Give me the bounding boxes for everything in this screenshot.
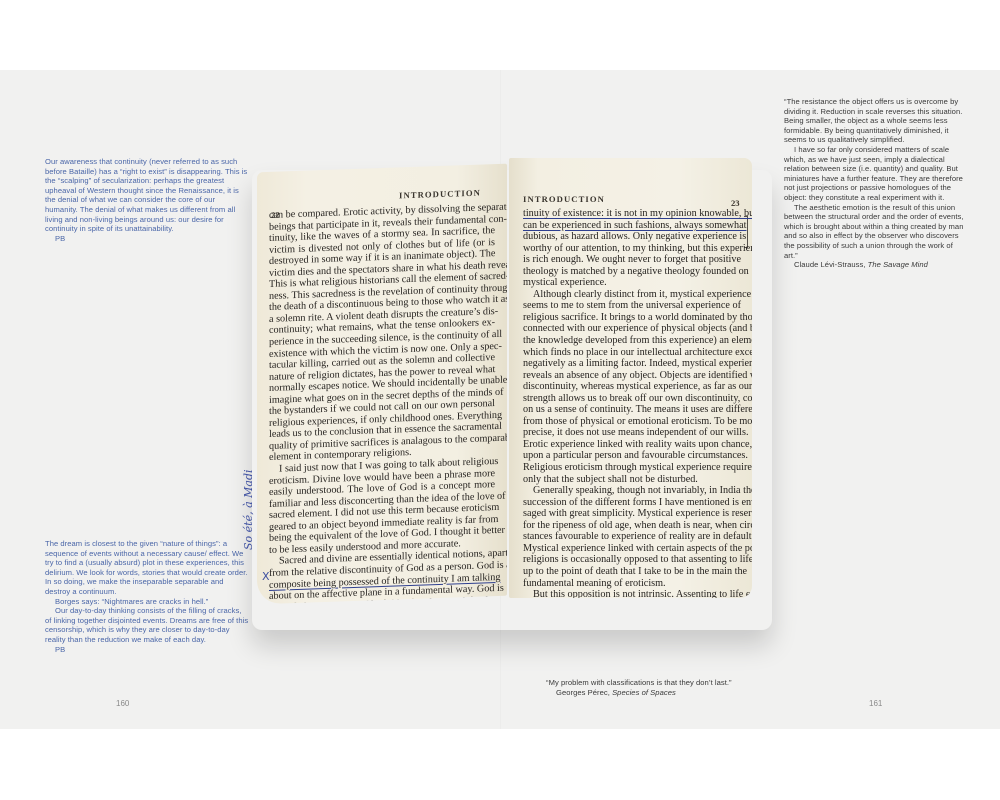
left-note-dream: The dream is closest to the given “natur… [45,539,250,654]
page-number-right: 161 [869,699,882,708]
text-line: seems to me to stem from the universal e… [523,300,741,312]
page-body-text: tinuity of existence: it is not in my op… [523,208,741,598]
text-line: the knowledge developed from this experi… [523,335,741,347]
text-line: which finds no place in our intellectual… [523,347,741,359]
text-line: mystical experience. [523,277,741,289]
text-line: connected with our experience of physica… [523,323,741,335]
text-line: precise, it does not use means independe… [523,427,741,439]
text-line: stances favourable to experience of real… [523,531,741,543]
text-line: religions is occasionally opposed to tha… [523,554,741,566]
text-line: succession of the different forms I have… [523,497,741,509]
text-line-underlined: tinuity of existence: it is not in my op… [523,208,741,220]
text-line: Although clearly distinct from it, mysti… [523,289,741,301]
running-head: INTRODUCTION [399,188,481,201]
margin-handwriting: So été, à Madi [242,469,255,550]
folio: 23 [731,198,740,208]
page-body-text: can be compared. Erotic activity, by dis… [269,202,495,604]
perec-quote: “My problem with classifications is that… [546,678,786,697]
text-line: is rich enough. We ought never to forget… [523,254,741,266]
text-line: Generally speaking, though not invariabl… [523,485,741,497]
quote-text: “My problem with classifications is that… [546,678,786,688]
text-line: worthy of our attention, to my thinking,… [523,243,741,255]
note-paragraph: Our awareness that continuity (never ref… [45,157,250,234]
text-line: up to the point of death that I take to … [523,566,741,578]
text-line: negatively as a limiting factor. Indeed,… [523,358,741,370]
quote-attribution: Georges Pérec, Species of Spaces [546,688,786,698]
text-line: Erotic experience linked with reality wa… [523,439,741,451]
text-line: fundamental meaning of eroticism. [523,578,741,590]
quote-paragraph: I have so far only considered matters of… [784,145,966,203]
text-line: discontinuity, whereas mystical experien… [523,381,741,393]
quote-work: Species of Spaces [612,688,676,697]
text-line-underlined: can be experienced in such fashions, alw… [523,220,741,232]
text-line: saged with great simplicity. Mystical ex… [523,508,741,520]
page-number-left: 160 [116,699,129,708]
open-book-photo: INTRODUCTION 22 can be compared. Erotic … [232,150,772,628]
text-line: religious sacrifice. It brings to a worl… [523,312,741,324]
quote-author: Georges Pérec, [556,688,610,697]
text-line: upon a particular person and favourable … [523,450,741,462]
quote-paragraph: “The resistance the object offers us is … [784,97,966,145]
quote-author: Claude Lévi-Strauss, [794,260,866,269]
text-line: for the ripeness of old age, when death … [523,520,741,532]
text-line: Mystical experience linked with certain … [523,543,741,555]
text-line: reveals an absence of any object. Object… [523,370,741,382]
note-signature: PB [45,234,250,244]
text-line: But this opposition is not intrinsic. As… [523,589,741,598]
note-signature: PB [45,645,250,655]
text-line: from those of physical or emotional erot… [523,416,741,428]
running-head: INTRODUCTION [523,194,605,204]
book-page-right: INTRODUCTION 23 tinuity of existence: it… [509,158,752,598]
left-note-continuity: Our awareness that continuity (never ref… [45,157,250,243]
note-paragraph: Our day-to-day thinking consists of the … [45,606,250,644]
text-line: strength allows us to break off our own … [523,393,741,405]
text-line: theology is matched by a negative theolo… [523,266,741,278]
quote-attribution: Claude Lévi-Strauss, The Savage Mind [784,260,966,270]
levi-strauss-quote: “The resistance the object offers us is … [784,97,966,270]
text-line: only that the subject shall not be distu… [523,474,741,486]
note-paragraph: Borges says: “Nightmares are cracks in h… [45,597,250,607]
margin-x-mark: X [262,570,270,583]
quote-paragraph: The aesthetic emotion is the result of t… [784,203,966,261]
text-line: dubious, as hazard allows. Only negative… [523,231,741,243]
book-page-left: INTRODUCTION 22 can be compared. Erotic … [257,164,507,605]
quote-work: The Savage Mind [868,260,928,269]
text-line: on us a sense of continuity. The means i… [523,404,741,416]
text-line: Religious eroticism through mystical exp… [523,462,741,474]
note-paragraph: The dream is closest to the given “natur… [45,539,250,597]
